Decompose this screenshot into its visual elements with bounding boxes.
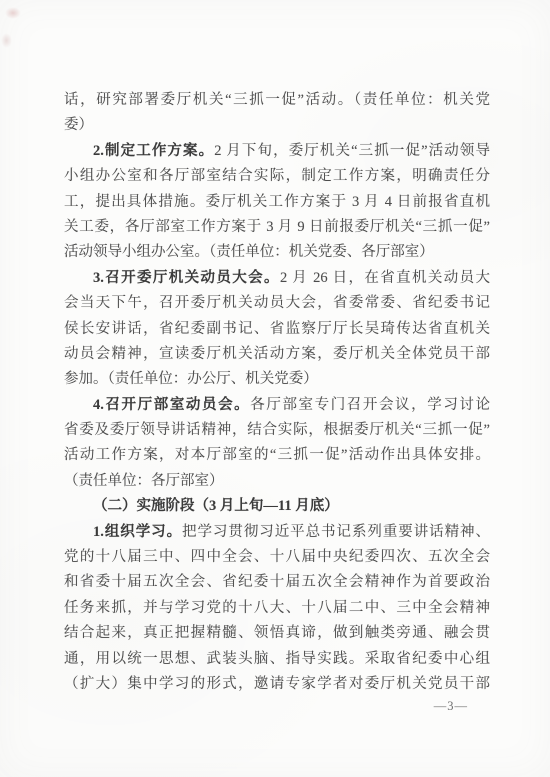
text-line-section-heading: （二）实施阶段（3 月上旬—11 月底） <box>64 494 490 519</box>
text-line-paragraph-5-heading: 1.组织学习。把学习贯彻习近平总书记系列重要讲话精神、 <box>64 520 490 545</box>
paragraph-heading: 1.组织学习。 <box>93 524 182 540</box>
line-text: （扩大）集中学习的形式，邀请专家学者对委厅机关党员干部 <box>64 676 490 692</box>
line-text: 和省委十届五次全会、省纪委十届五次全会精神作为首要政治 <box>64 574 490 590</box>
page-number: —3— <box>434 699 468 714</box>
text-line: 委） <box>64 113 490 138</box>
line-text: 侯长安讲话，省纪委副书记、省监察厅厅长吴琦传达省直机关 <box>64 321 490 337</box>
text-line: 和省委十届五次全会、省纪委十届五次全会精神作为首要政治 <box>64 570 490 595</box>
line-text: 活动工作方案，对本厅部室的“三抓一促”活动作出具体安排。 <box>64 447 490 463</box>
text-line: 参加。（责任单位：办公厅、机关党委） <box>64 367 490 392</box>
text-line: （扩大）集中学习的形式，邀请专家学者对委厅机关党员干部 <box>64 672 490 697</box>
text-line-paragraph-4-heading: 4.召开厅部室动员会。各厅部室专门召开会议，学习讨论 <box>64 393 490 418</box>
line-text: 把学习贯彻习近平总书记系列重要讲话精神、 <box>182 524 490 540</box>
text-line: 通，用以统一思想、武装头脑、指导实践。采取省纪委中心组 <box>64 647 490 672</box>
line-text: 2 月下旬，委厅机关“三抓一促”活动领导 <box>214 143 490 159</box>
line-text: 通，用以统一思想、武装头脑、指导实践。采取省纪委中心组 <box>64 651 490 667</box>
text-line: 党的十八届三中、四中全会、十八届中央纪委四次、五次全会 <box>64 545 490 570</box>
line-text: 动员会精神，宣读委厅机关活动方案，委厅机关全体党员干部 <box>64 346 490 362</box>
text-line: （责任单位：各厅部室） <box>64 469 490 494</box>
text-line: 结合起来，真正把握精髓、领悟真谛，做到触类旁通、融会贯 <box>64 621 490 646</box>
text-line: 小组办公室和各厅部室结合实际，制定工作方案，明确责任分 <box>64 164 490 189</box>
paragraph-heading: 4.召开厅部室动员会。 <box>93 397 250 413</box>
paragraph-heading: 2.制定工作方案。 <box>93 143 214 159</box>
line-text: 任务来抓，并与学习党的十八大、十八届二中、三中全会精神 <box>64 600 490 616</box>
line-text: （责任单位：各厅部室） <box>64 473 224 489</box>
text-line: 活动领导小组办公室。（责任单位：机关党委、各厅部室） <box>64 240 490 265</box>
text-line-paragraph-3-heading: 3.召开委厅机关动员大会。2 月 26 日，在省直机关动员大 <box>64 266 490 291</box>
text-line: 侯长安讲话，省纪委副书记、省监察厅厅长吴琦传达省直机关 <box>64 317 490 342</box>
line-text: 话，研究部署委厅机关“三抓一促”活动。（责任单位：机关党 <box>64 92 490 108</box>
line-text: 参加。（责任单位：办公厅、机关党委） <box>64 371 318 387</box>
text-line: 工，提出具体措施。委厅机关工作方案于 3 月 4 日前报省直机 <box>64 190 490 215</box>
paragraph-heading: 3.召开委厅机关动员大会。 <box>93 270 280 286</box>
text-line: 会当天下午，召开委厅机关动员大会，省委常委、省纪委书记 <box>64 291 490 316</box>
line-text: 各厅部室专门召开会议，学习讨论 <box>250 397 490 413</box>
line-text: 小组办公室和各厅部室结合实际，制定工作方案，明确责任分 <box>64 168 490 184</box>
line-text: 关工委，各厅部室工作方案于 3 月 9 日前报委厅机关“三抓一促” <box>64 219 490 235</box>
line-text: 结合起来，真正把握精髓、领悟真谛，做到触类旁通、融会贯 <box>64 625 490 641</box>
text-line: 关工委，各厅部室工作方案于 3 月 9 日前报委厅机关“三抓一促” <box>64 215 490 240</box>
text-line: 省委及委厅领导讲话精神，结合实际，根据委厅机关“三抓一促” <box>64 418 490 443</box>
line-text: 工，提出具体措施。委厅机关工作方案于 3 月 4 日前报省直机 <box>64 194 490 210</box>
scan-artifact <box>5 7 21 19</box>
line-text: 省委及委厅领导讲话精神，结合实际，根据委厅机关“三抓一促” <box>64 422 490 438</box>
line-text: 委） <box>64 117 93 133</box>
line-text: 会当天下午，召开委厅机关动员大会，省委常委、省纪委书记 <box>64 295 490 311</box>
text-line: 活动工作方案，对本厅部室的“三抓一促”活动作出具体安排。 <box>64 443 490 468</box>
text-line: 话，研究部署委厅机关“三抓一促”活动。（责任单位：机关党 <box>64 88 490 113</box>
text-line: 动员会精神，宣读委厅机关活动方案，委厅机关全体党员干部 <box>64 342 490 367</box>
line-text: 党的十八届三中、四中全会、十八届中央纪委四次、五次全会 <box>64 549 490 565</box>
document-body: 话，研究部署委厅机关“三抓一促”活动。（责任单位：机关党 委） 2.制定工作方案… <box>64 88 490 697</box>
line-text: 2 月 26 日，在省直机关动员大 <box>280 270 490 286</box>
scanned-document-page: 话，研究部署委厅机关“三抓一促”活动。（责任单位：机关党 委） 2.制定工作方案… <box>0 0 550 777</box>
scan-artifact <box>1 33 12 48</box>
text-line-paragraph-2-heading: 2.制定工作方案。2 月下旬，委厅机关“三抓一促”活动领导 <box>64 139 490 164</box>
line-text: 活动领导小组办公室。（责任单位：机关党委、各厅部室） <box>64 244 434 260</box>
section-heading: （二）实施阶段（3 月上旬—11 月底） <box>93 498 339 514</box>
text-line: 任务来抓，并与学习党的十八大、十八届二中、三中全会精神 <box>64 596 490 621</box>
